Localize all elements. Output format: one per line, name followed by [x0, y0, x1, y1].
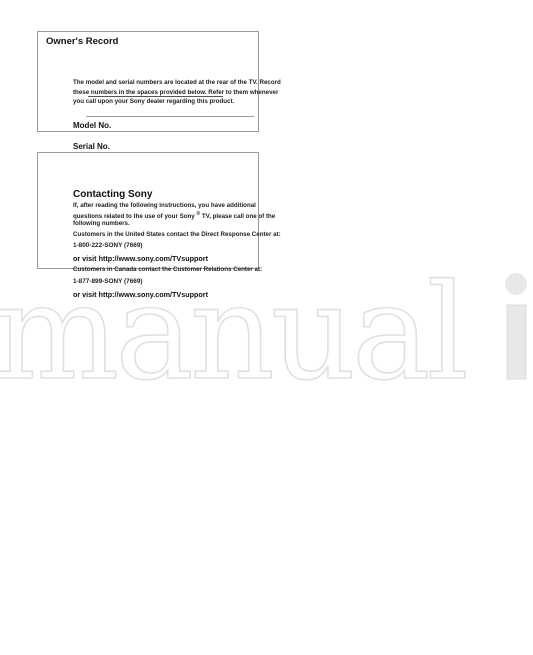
- text-underline: [88, 96, 223, 97]
- owners-record-title: Owner's Record: [46, 36, 118, 47]
- us-website-link[interactable]: or visit http://www.sony.com/TVsupport: [73, 254, 208, 263]
- watermark-i-stem: [507, 305, 526, 379]
- manuali-watermark: manual: [0, 270, 533, 390]
- watermark-i-dot: [505, 273, 527, 295]
- owners-record-text-line-2: these numbers in the spaces provided bel…: [73, 89, 278, 96]
- us-contact-line: Customers in the United States contact t…: [73, 231, 281, 238]
- owners-record-text-line-1: The model and serial numbers are located…: [73, 79, 281, 86]
- serial-number-label: Serial No.: [73, 142, 110, 151]
- contact-intro-line-2: questions related to the use of your Son…: [73, 211, 275, 220]
- contact-intro-line-3: following numbers.: [73, 220, 130, 227]
- contacting-sony-title: Contacting Sony: [73, 189, 152, 200]
- us-phone: 1-800-222-SONY (7669): [73, 242, 143, 249]
- contact-intro-line-1: If, after reading the following instruct…: [73, 202, 256, 209]
- watermark-text: manual: [0, 270, 466, 390]
- owners-record-text-line-3: you call upon your Sony dealer regarding…: [73, 98, 234, 105]
- model-number-label: Model No.: [73, 121, 111, 130]
- model-number-line: [86, 116, 254, 117]
